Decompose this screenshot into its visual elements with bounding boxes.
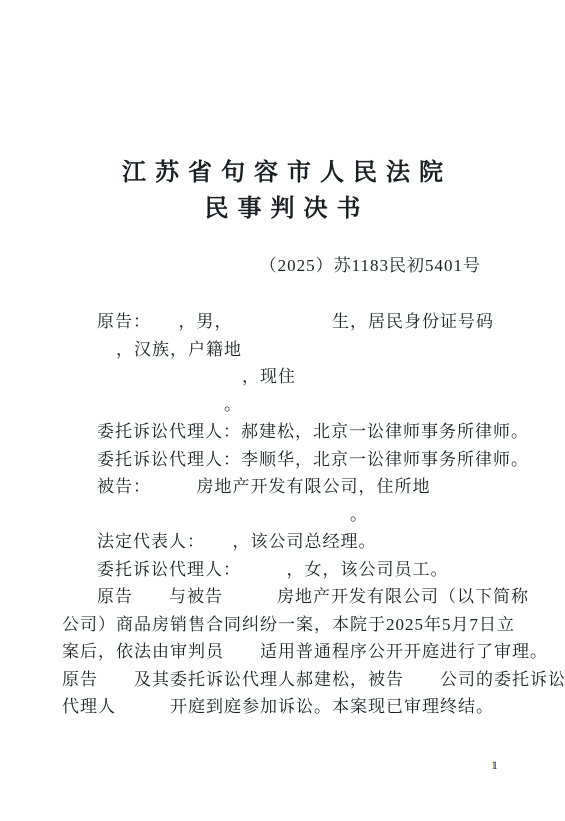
- document-type-title: 民事判决书: [0, 194, 565, 224]
- body-line: ，现住: [62, 363, 522, 391]
- body-line-legal-representative: 法定代表人： ，该公司总经理。: [62, 528, 522, 556]
- body-line-plaintiff: 原告： ，男， 生，居民身份证号码: [62, 308, 522, 336]
- body-line: 原告 及其委托诉讼代理人郝建松，被告 公司的委托诉讼: [62, 666, 522, 694]
- judgment-document-page: 江苏省句容市人民法院 民事判决书 （2025）苏1183民初5401号 原告： …: [0, 0, 565, 821]
- body-line-defendant: 被告： 房地产开发有限公司，住所地: [62, 473, 522, 501]
- case-number: （2025）苏1183民初5401号: [0, 251, 481, 276]
- judgment-body: 原告： ，男， 生，居民身份证号码 ，汉族，户籍地 ，现住 。 委托诉讼代理人：…: [62, 308, 522, 721]
- body-line: 。: [62, 501, 522, 529]
- body-line: 。: [62, 391, 522, 419]
- body-line-attorney-1: 委托诉讼代理人：郝建松，北京一讼律师事务所律师。: [62, 418, 522, 446]
- body-line-case-summary: 原告 与被告 房地产开发有限公司（以下简称: [62, 583, 522, 611]
- title-block: 江苏省句容市人民法院 民事判决书: [0, 158, 565, 224]
- body-line: 代理人 开庭到庭参加诉讼。本案现已审理终结。: [62, 693, 522, 721]
- body-line: 案后，依法由审判员 适用普通程序公开开庭进行了审理。: [62, 638, 522, 666]
- body-line: 公司）商品房销售合同纠纷一案，本院于2025年5月7日立: [62, 611, 522, 639]
- body-line-attorney-2: 委托诉讼代理人：李顺华，北京一讼律师事务所律师。: [62, 446, 522, 474]
- body-line: ，汉族，户籍地: [62, 336, 522, 364]
- court-name: 江苏省句容市人民法院: [0, 158, 565, 188]
- page-number: 1: [492, 758, 498, 773]
- body-line-defendant-agent: 委托诉讼代理人： ，女，该公司员工。: [62, 556, 522, 584]
